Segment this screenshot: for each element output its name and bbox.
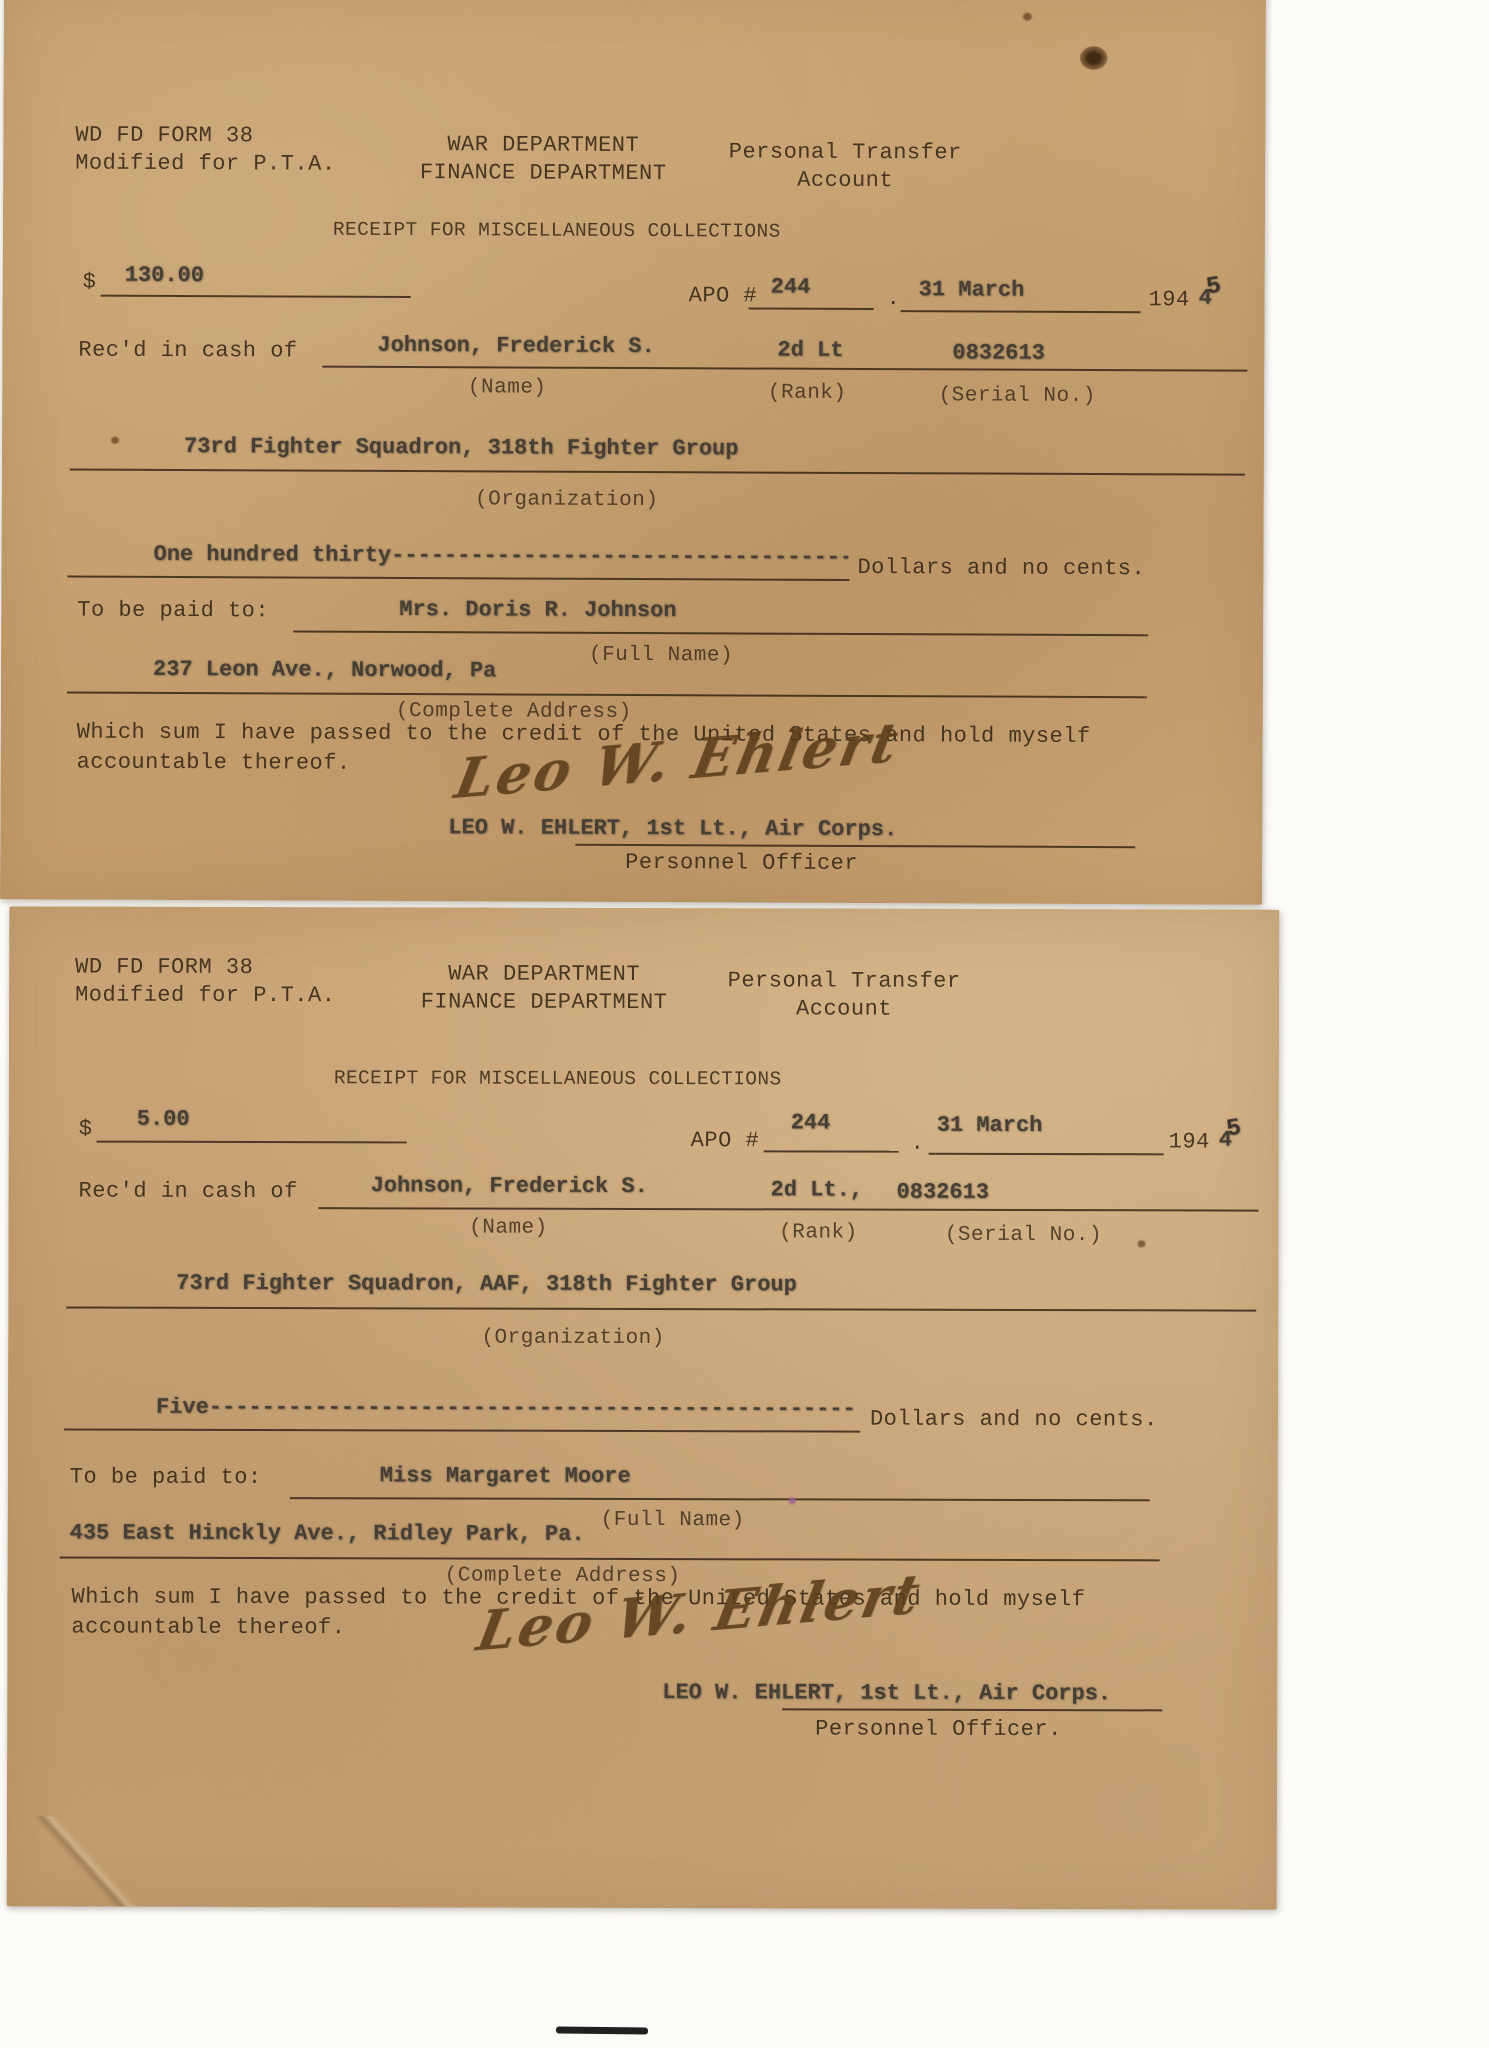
year-printed: 194 — [1149, 287, 1190, 313]
organization-label: (Organization) — [457, 487, 677, 513]
account-line1: Personal Transfer — [714, 968, 974, 995]
dept-line2: FINANCE DEPARTMENT — [404, 989, 684, 1016]
organization-underline — [70, 431, 1245, 476]
date-separator: . — [887, 286, 901, 312]
scan-background: { "receipts": [ { "form_line1": "WD FD F… — [0, 0, 1489, 2048]
apo-label: APO # — [689, 283, 758, 309]
apo-underline — [749, 272, 874, 311]
payer-rank: 2d Lt — [777, 338, 843, 364]
name-label: (Name) — [423, 1215, 593, 1240]
address-underline — [67, 654, 1147, 699]
amount-words-underline — [67, 538, 849, 581]
dept-line2: FINANCE DEPARTMENT — [403, 160, 683, 187]
payer-name: Johnson, Frederick S. — [377, 333, 654, 360]
amount-underline — [97, 1107, 407, 1144]
form-number: WD FD FORM 38 — [75, 955, 253, 981]
year-overstrike: 5 — [1225, 1116, 1244, 1144]
statement-line2: accountable thereof. — [71, 1615, 345, 1642]
currency-sign: $ — [79, 1117, 93, 1143]
account-line1: Personal Transfer — [715, 139, 975, 166]
amount-underline — [101, 261, 411, 298]
paid-to-label: To be paid to: — [77, 598, 269, 625]
fold-crease — [7, 1816, 157, 1906]
paper-spot — [110, 436, 120, 445]
receipt-bottom: WD FD FORM 38 Modified for P.T.A. WAR DE… — [7, 906, 1280, 1909]
payer-serial: 0832613 — [897, 1180, 989, 1206]
signature-underline — [782, 1696, 1162, 1711]
payee-name: Mrs. Doris R. Johnson — [399, 597, 676, 624]
scanner-mark — [556, 2027, 648, 2035]
signature-title: Personnel Officer — [625, 850, 858, 877]
rank-label: (Rank) — [738, 1220, 898, 1245]
signature-title: Personnel Officer. — [815, 1716, 1062, 1743]
ink-stain — [1080, 46, 1108, 70]
payer-name: Johnson, Frederick S. — [371, 1173, 648, 1200]
purple-spot — [788, 1496, 797, 1505]
dept-line1: WAR DEPARTMENT — [403, 132, 683, 159]
received-label: Rec'd in cash of — [79, 1179, 298, 1206]
date-underline — [901, 274, 1141, 313]
account-line2: Account — [714, 996, 974, 1023]
name-label: (Name) — [422, 375, 592, 401]
form-number: WD FD FORM 38 — [75, 123, 253, 150]
dollars-suffix: Dollars and no cents. — [857, 555, 1145, 582]
statement-line2: accountable thereof. — [77, 750, 351, 777]
receipt-title: RECEIPT FOR MISCELLANEOUS COLLECTIONS — [333, 217, 781, 245]
dept-line1: WAR DEPARTMENT — [404, 961, 684, 988]
payer-serial: 0832613 — [952, 340, 1045, 366]
paper-spot — [1136, 1239, 1146, 1248]
account-line2: Account — [715, 167, 975, 194]
receipt-top: WD FD FORM 38 Modified for P.T.A. WAR DE… — [0, 0, 1266, 905]
received-label: Rec'd in cash of — [78, 338, 297, 365]
payer-rank: 2d Lt., — [771, 1177, 863, 1203]
dollars-suffix: Dollars and no cents. — [870, 1407, 1158, 1434]
apo-underline — [764, 1116, 899, 1152]
receipt-title: RECEIPT FOR MISCELLANEOUS COLLECTIONS — [334, 1065, 782, 1092]
serial-label: (Serial No.) — [918, 1223, 1128, 1249]
ink-stain-small — [1022, 12, 1033, 22]
year-overstrike: 5 — [1205, 274, 1224, 302]
organization-label: (Organization) — [458, 1326, 688, 1352]
form-modified: Modified for P.T.A. — [75, 983, 335, 1010]
address-underline — [60, 1518, 1160, 1561]
signature-underline — [575, 832, 1135, 848]
currency-sign: $ — [83, 270, 97, 296]
rank-label: (Rank) — [727, 380, 887, 406]
apo-label: APO # — [691, 1128, 760, 1154]
payee-name: Miss Margaret Moore — [380, 1463, 631, 1490]
paid-to-label: To be paid to: — [70, 1464, 262, 1491]
organization-underline — [66, 1268, 1256, 1311]
serial-label: (Serial No.) — [912, 383, 1122, 409]
form-modified: Modified for P.T.A. — [75, 151, 335, 178]
year-printed: 194 — [1169, 1129, 1210, 1155]
date-underline — [929, 1119, 1164, 1156]
amount-words-underline — [64, 1390, 860, 1432]
date-separator: . — [911, 1131, 925, 1157]
